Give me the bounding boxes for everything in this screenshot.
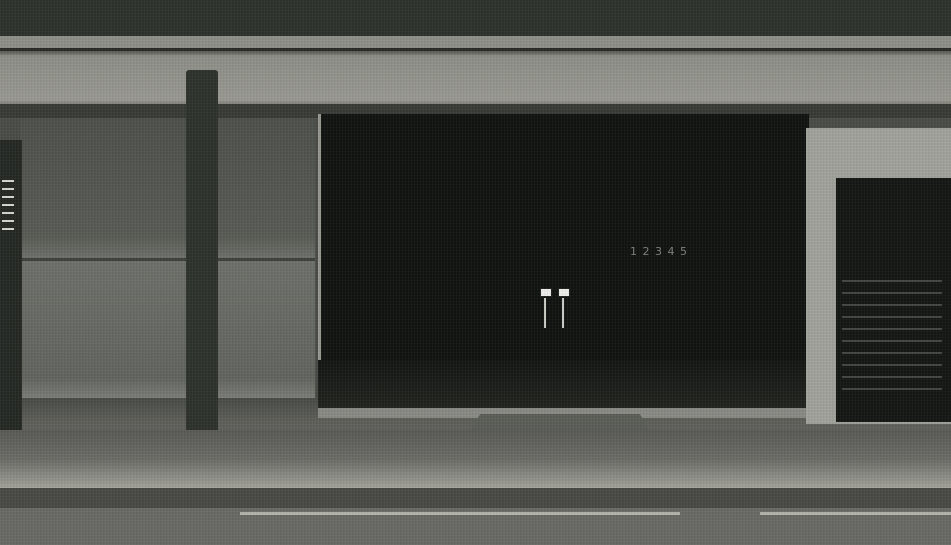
upper-facade xyxy=(0,0,951,36)
wall-markings xyxy=(2,180,14,230)
photo-scene: 1 2 3 4 5 xyxy=(0,0,951,545)
door-slats xyxy=(842,280,942,400)
street-marking xyxy=(240,512,680,515)
interior-floor xyxy=(318,360,806,410)
curb xyxy=(0,488,951,508)
interior-sign-left xyxy=(540,288,552,297)
wall-seam xyxy=(20,258,315,261)
pillar xyxy=(186,70,218,462)
sign-pole-right xyxy=(562,298,564,328)
sign-pole-left xyxy=(544,298,546,328)
interior-sign-text: 1 2 3 4 5 xyxy=(630,245,688,258)
interior-sign-right xyxy=(558,288,570,297)
ledge xyxy=(0,36,951,51)
sidewalk xyxy=(0,430,951,490)
street-marking xyxy=(760,512,951,515)
